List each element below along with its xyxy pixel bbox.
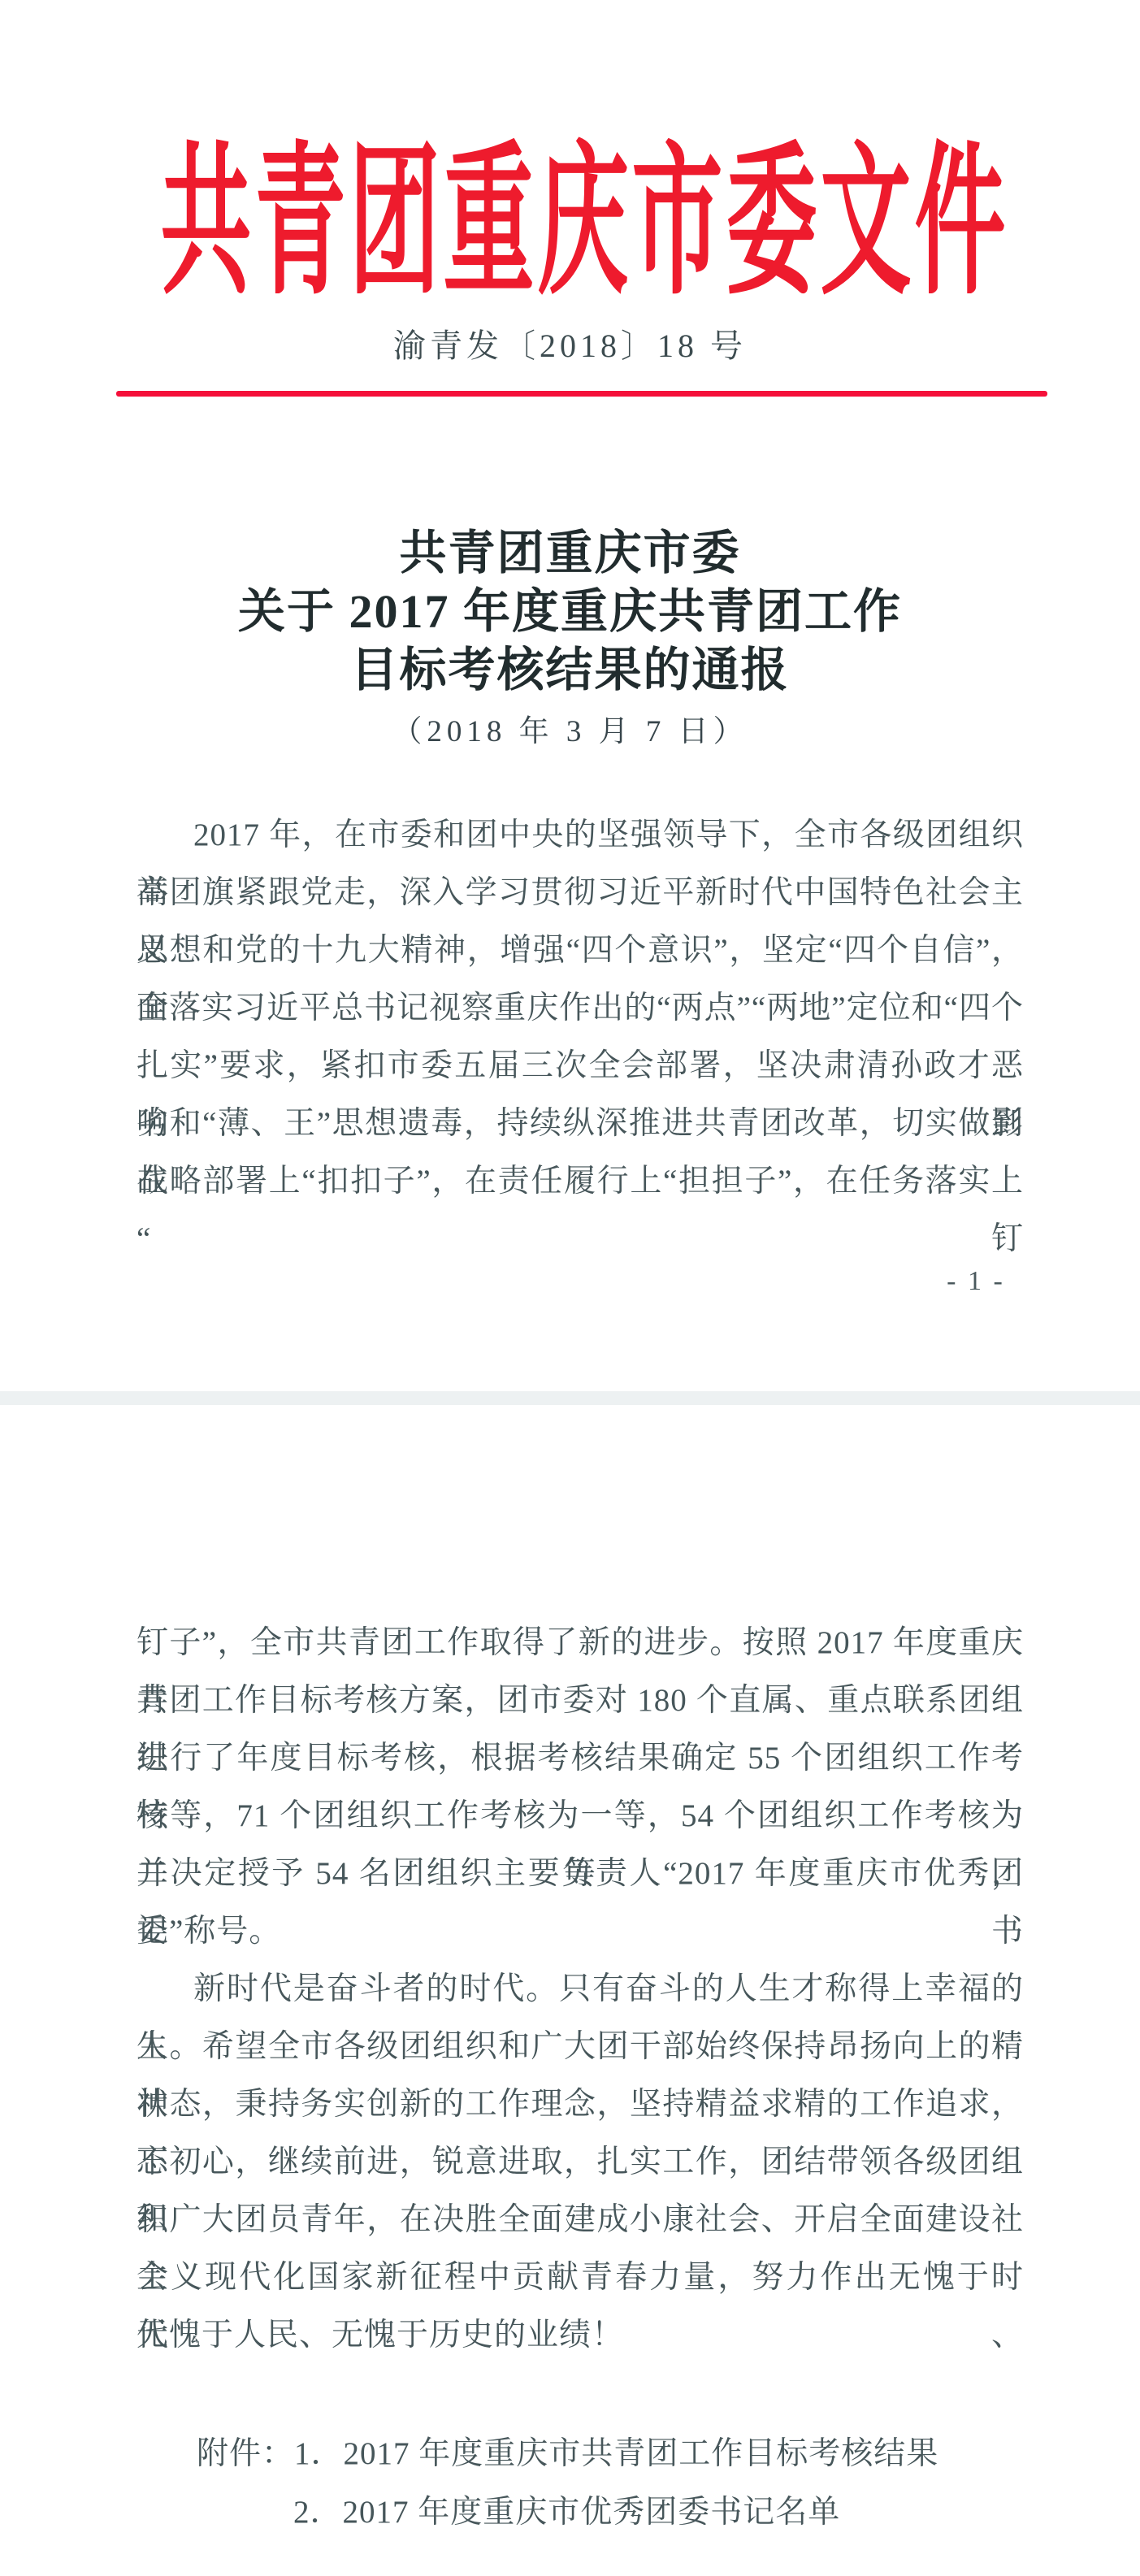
page-break-divider: [0, 1391, 1140, 1405]
body-line: 举团旗紧跟党走，深入学习贯彻习近平新时代中国特色社会主义: [137, 864, 1024, 922]
red-letterhead-title: 共青团重庆市委文件: [15, 91, 1140, 327]
body-line: 钉子”，全市共青团工作取得了新的进步。按照 2017 年度重庆共: [137, 1614, 1024, 1672]
body-line: 响和“薄、王”思想遗毒，持续纵深推进共青团改革，切实做到在: [137, 1095, 1024, 1152]
body-line: 进行了年度目标考核，根据考核结果确定 55 个团组织工作考核为: [137, 1729, 1024, 1787]
body-line: 和广大团员青年，在决胜全面建成小康社会、开启全面建设社会: [137, 2191, 1024, 2249]
attachment-item-2: 2．2017 年度重庆市优秀团委书记名单: [137, 2483, 1024, 2542]
body-line: 忘初心，继续前进，锐意进取，扎实工作，团结带领各级团组织: [137, 2133, 1024, 2191]
body-line: 生。希望全市各级团组织和广大团干部始终保持昂扬向上的精神: [137, 2018, 1024, 2075]
document-number: 渝青发〔2018〕18 号: [0, 320, 1140, 366]
body-line: 扎实”要求，紧扣市委五届三次全会部署，坚决肃清孙政才恶劣影: [137, 1037, 1024, 1095]
body-line: 并决定授予 54 名团组织主要负责人“2017 年度重庆市优秀团委书: [137, 1845, 1024, 1902]
body-line: 2017 年，在市委和团中央的坚强领导下，全市各级团组织高: [137, 806, 1024, 864]
attachments-list: 附件：1．2017 年度重庆市共青团工作目标考核结果 2．2017 年度重庆市优…: [137, 2425, 1024, 2542]
body-line: 状态，秉持务实创新的工作理念，坚持精益求精的工作追求，不: [137, 2075, 1024, 2133]
page-number: - 1 -: [911, 1266, 1041, 1297]
title-line-2: 关于 2017 年度重庆共青团工作: [0, 583, 1140, 641]
body-line: 战略部署上“扣扣子”，在责任履行上“担担子”，在任务落实上“钉: [137, 1152, 1024, 1210]
scanned-official-document: 共青团重庆市委文件 渝青发〔2018〕18 号 共青团重庆市委 关于 2017 …: [0, 0, 1140, 2576]
title-line-3: 目标考核结果的通报: [0, 641, 1140, 700]
body-line: 青团工作目标考核方案，团市委对 180 个直属、重点联系团组织: [137, 1672, 1024, 1729]
document-date: （2018 年 3 月 7 日）: [0, 709, 1140, 755]
body-line: 面落实习近平总书记视察重庆作出的“两点”“两地”定位和“四个: [137, 979, 1024, 1037]
page2-body-paragraphs: 钉子”，全市共青团工作取得了新的进步。按照 2017 年度重庆共 青团工作目标考…: [137, 1614, 1024, 2364]
page1-body-paragraph: 2017 年，在市委和团中央的坚强领导下，全市各级团组织高 举团旗紧跟党走，深入…: [137, 806, 1024, 1210]
body-line: 思想和党的十九大精神，增强“四个意识”，坚定“四个自信”，全: [137, 922, 1024, 979]
body-line: 主义现代化国家新征程中贡献青春力量，努力作出无愧于时代、: [137, 2249, 1024, 2306]
document-title-block: 共青团重庆市委 关于 2017 年度重庆共青团工作 目标考核结果的通报 （201…: [0, 524, 1140, 755]
title-line-1: 共青团重庆市委: [0, 524, 1140, 583]
attachment-item-1: 附件：1．2017 年度重庆市共青团工作目标考核结果: [137, 2425, 1024, 2483]
red-divider-rule: [116, 391, 1047, 397]
body-line: 新时代是奋斗者的时代。只有奋斗的人生才称得上幸福的人: [137, 1960, 1024, 2018]
body-line: 特等，71 个团组织工作考核为一等，54 个团组织工作考核为二等，: [137, 1787, 1024, 1845]
